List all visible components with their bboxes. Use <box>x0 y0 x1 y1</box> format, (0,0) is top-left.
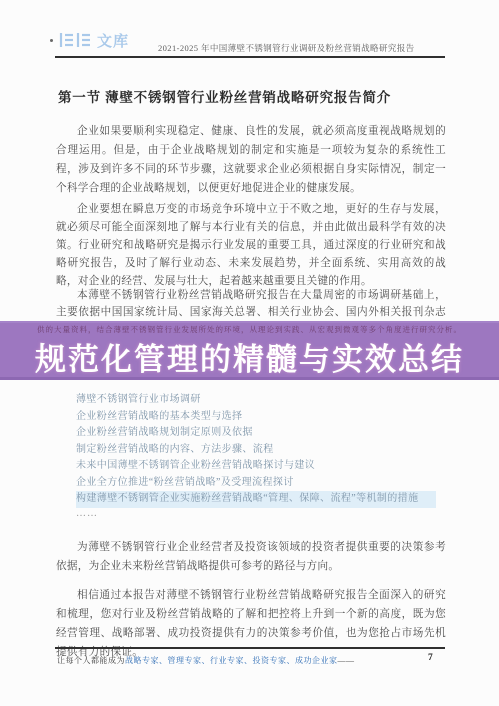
promo-banner: 供的大量资料，结合薄壁不锈钢管行业发展所处的环境，从理论到实践、从宏观到微观等多… <box>0 321 499 380</box>
toc-item: 构建薄壁不锈钢管企业实施粉丝营销战略“管理、保障、流程”等机制的措施 <box>76 491 436 508</box>
banner-title: 规范化管理的精髓与实效总结 <box>0 334 499 379</box>
body-paragraph-4: 为薄壁不锈钢管行业企业经营者及投资该领域的投资者提供重要的决策参考依据，为企业未… <box>56 538 446 576</box>
document-page: 文库 2021-2025 年中国薄壁不锈钢管行业调研及粉丝营销战略研究报告 第一… <box>0 0 499 706</box>
header-divider <box>55 56 445 58</box>
body-paragraph-2: 企业要想在瞬息万变的市场竞争环境中立于不败之地，更好的生存与发展，就必须尽可能全… <box>56 201 446 291</box>
report-header-title: 2021-2025 年中国薄壁不锈钢管行业调研及粉丝营销战略研究报告 <box>158 42 458 54</box>
footer-slogan-prefix: 让每个人都能成为 <box>57 656 125 665</box>
section-title: 第一节 薄壁不锈钢管行业粉丝营销战略研究报告简介 <box>58 86 458 106</box>
body-paragraph-1: 企业如果要顺利实现稳定、健康、良性的发展，就必须高度重视战略规划的合理运用。但是… <box>56 122 446 198</box>
report-topic-list: 薄壁不锈钢管行业市场调研 企业粉丝营销战略的基本类型与选择 企业粉丝营销战略规划… <box>76 392 436 508</box>
body-paragraph-3: 本薄壁不锈钢管行业粉丝营销战略研究报告在大量周密的市场调研基础上，主要依据中国国… <box>56 287 446 321</box>
toc-item: 企业粉丝营销战略的基本类型与选择 <box>76 409 436 426</box>
body-paragraph-5: 相信通过本报告对薄壁不锈钢管行业粉丝营销战略研究报告全面深入的研究和梳理，您对行… <box>56 586 446 662</box>
library-logo-icon <box>59 32 93 48</box>
toc-item: 薄壁不锈钢管行业市场调研 <box>76 392 436 409</box>
logo-dot-icon <box>50 39 53 42</box>
toc-item: 企业粉丝营销战略规划制定原则及依据 <box>76 425 436 442</box>
footer-slogan-highlight: 战略专家、管理专家、行业专家、投资专家、成功企业家 <box>125 656 338 665</box>
page-number: 7 <box>428 653 433 663</box>
footer-slogan-suffix: —— <box>338 656 355 665</box>
toc-item: 未来中国薄壁不锈钢管企业粉丝营销战略探讨与建议 <box>76 458 436 475</box>
toc-ellipsis: …… <box>76 508 98 519</box>
footer-slogan: 让每个人都能成为战略专家、管理专家、行业专家、投资专家、成功企业家—— <box>57 655 417 666</box>
toc-item: 企业全方位推进“粉丝营销战略”及受理流程探讨 <box>76 475 436 492</box>
logo-text: 文库 <box>97 30 129 51</box>
library-logo: 文库 <box>50 30 129 50</box>
toc-item: 制定粉丝营销战略的内容、方法步骤、流程 <box>76 442 436 459</box>
footer-divider <box>55 647 445 649</box>
